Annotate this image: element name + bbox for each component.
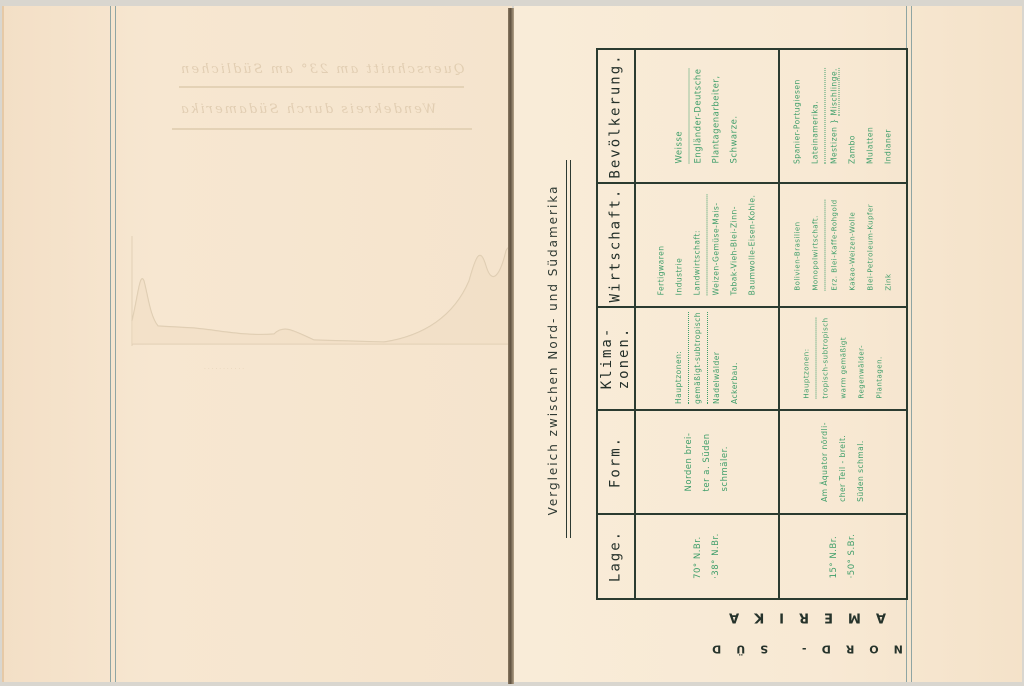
bleed-profile-chart — [124, 236, 514, 351]
sued-bevoelkerung: Spanier-Portugiesen Lateinamerika. Mesti… — [780, 50, 906, 182]
sued-form: Am Äquator nördli- cher Teil - breit. Sü… — [780, 410, 906, 513]
title-double-rule — [566, 160, 571, 538]
sued-klima: Hauptzonen: tropisch-subtropisch warm ge… — [780, 307, 906, 409]
sued-lage: 15° N.Br. ·50° S.Br. — [780, 514, 906, 598]
bleed-title-underline — [179, 86, 464, 88]
nord-form: Norden brei- ter a. Süden schmäler. — [636, 410, 778, 513]
nord-wirtschaft: Fertigwaren Industrie Landwirtschaft: We… — [636, 183, 778, 306]
header-bevoelkerung: Bevölkerung. — [598, 50, 634, 182]
nord-lage: 70° N.Br. ·38° N.Br. — [636, 514, 778, 598]
header-lage: Lage. — [598, 514, 634, 598]
left-page: Querschnitt am 23° am Südlichen Wendekre… — [2, 6, 512, 682]
bleed-title-underline-2 — [172, 128, 472, 130]
side-label-amerika: AMERIKA — [690, 600, 910, 634]
comparison-title: Vergleich zwischen Nord- und Südamerika — [541, 160, 565, 540]
header-wirtschaft: Wirtschaft. — [598, 183, 634, 306]
header-klima: Klima- zonen. — [598, 307, 634, 409]
bleed-note: · · · · · · · · · · · — [204, 366, 244, 373]
table-right-border — [906, 48, 908, 600]
sued-wirtschaft: Bolivien-Brasilien Monopolwirtschaft. Er… — [780, 183, 906, 306]
bleed-title-line2: Wendekreis durch Südamerika — [179, 102, 436, 117]
side-label-nord-sued: NORD- SÜD — [680, 634, 920, 664]
nord-bevoelkerung: Weisse Engländer-Deutsche Plantagenarbei… — [636, 50, 778, 182]
bleed-title-line1: Querschnitt am 23° am Südlichen — [179, 62, 465, 77]
header-form: Form. — [598, 410, 634, 513]
left-margin-rule — [110, 6, 116, 682]
nord-klima: Hauptzonen: gemäßigt-subtropisch Nadelwä… — [636, 307, 778, 409]
